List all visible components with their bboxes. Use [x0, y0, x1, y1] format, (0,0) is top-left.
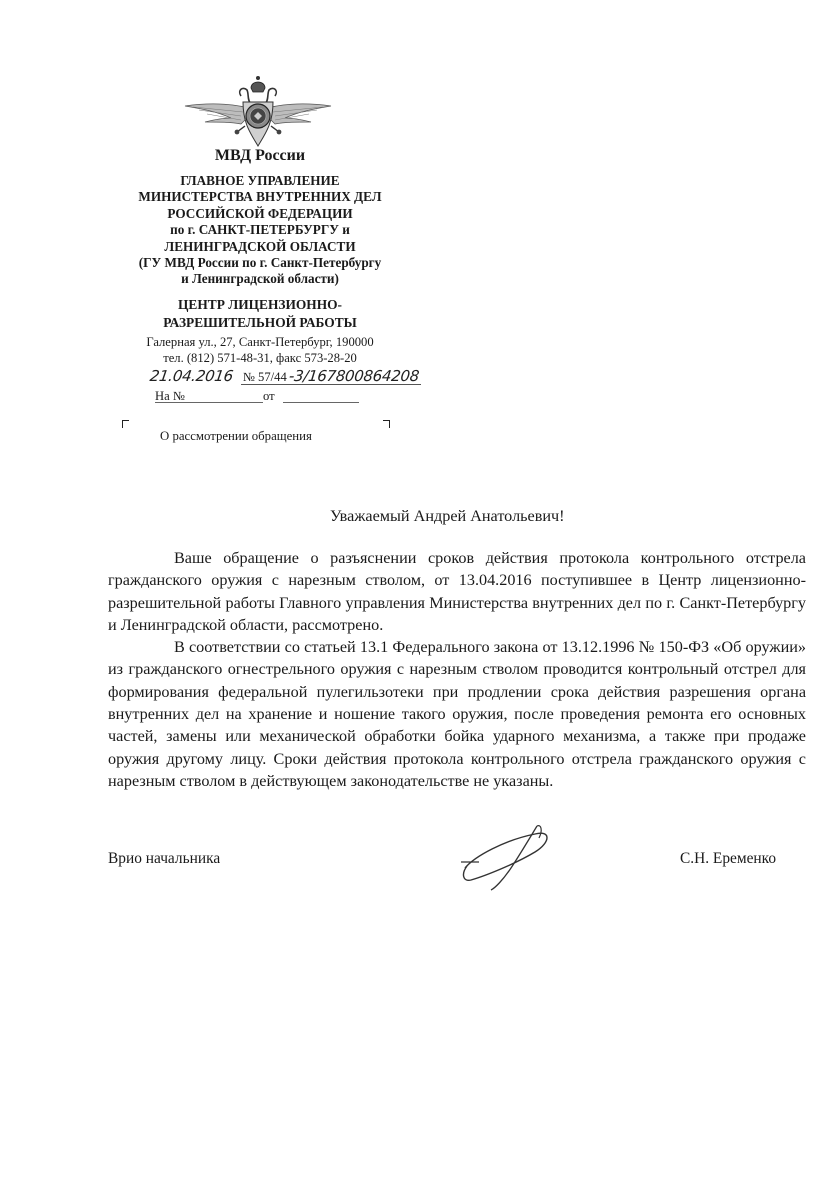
body-paragraph: Ваше обращение о разъяснении сроков дейс… [108, 547, 806, 636]
incoming-number-blank [185, 402, 263, 403]
org-line: МИНИСТЕРСТВА ВНУТРЕННИХ ДЕЛ [100, 189, 420, 205]
department-name: ЦЕНТР ЛИЦЕНЗИОННО- РАЗРЕШИТЕЛЬНОЙ РАБОТЫ [100, 296, 420, 332]
contact-line: тел. (812) 571-48-31, факс 573-28-20 [100, 351, 420, 367]
outgoing-reference: 21.04.2016№ 57/44-3/167800864208 [150, 367, 421, 387]
body-paragraph: В соответствии со статьей 13.1 Федеральн… [108, 636, 806, 792]
org-short-name: МВД России [110, 147, 410, 165]
incoming-reference: На № от [155, 389, 355, 405]
signatory-role: Врио начальника [108, 850, 220, 868]
org-line: ЛЕНИНГРАДСКОЙ ОБЛАСТИ [100, 239, 420, 255]
address-line: Галерная ул., 27, Санкт-Петербург, 19000… [100, 335, 420, 351]
department-line: РАЗРЕШИТЕЛЬНОЙ РАБОТЫ [100, 314, 420, 332]
department-line: ЦЕНТР ЛИЦЕНЗИОННО- [100, 296, 420, 314]
salutation: Уважаемый Андрей Анатольевич! [330, 507, 565, 526]
reference-number-prefix: № 57/44 [243, 370, 287, 384]
incoming-date-blank [283, 402, 359, 403]
corner-bracket-right [383, 420, 390, 428]
mvd-emblem-icon [183, 74, 333, 152]
incoming-number-label: На № [155, 389, 185, 404]
org-line: (ГУ МВД России по г. Санкт-Петербургу [100, 255, 420, 271]
incoming-date-label: от [263, 389, 275, 404]
org-line: и Ленинградской области) [100, 271, 420, 287]
org-full-name: ГЛАВНОЕ УПРАВЛЕНИЕ МИНИСТЕРСТВА ВНУТРЕНН… [100, 173, 420, 288]
org-line: РОССИЙСКОЙ ФЕДЕРАЦИИ [100, 206, 420, 222]
letter-body: Ваше обращение о разъяснении сроков дейс… [108, 547, 806, 792]
reference-date: 21.04.2016 [149, 367, 234, 385]
address-block: Галерная ул., 27, Санкт-Петербург, 19000… [100, 335, 420, 366]
org-line: ГЛАВНОЕ УПРАВЛЕНИЕ [100, 173, 420, 189]
subject-line: О рассмотрении обращения [160, 429, 312, 444]
signature-icon [455, 822, 555, 894]
reference-number-handwritten: -3/167800864208 [288, 367, 420, 385]
reference-number: № 57/44-3/167800864208 [241, 370, 421, 385]
corner-bracket-left [122, 420, 129, 428]
signatory-name: С.Н. Еременко [680, 850, 776, 868]
org-line: по г. САНКТ-ПЕТЕРБУРГУ и [100, 222, 420, 238]
